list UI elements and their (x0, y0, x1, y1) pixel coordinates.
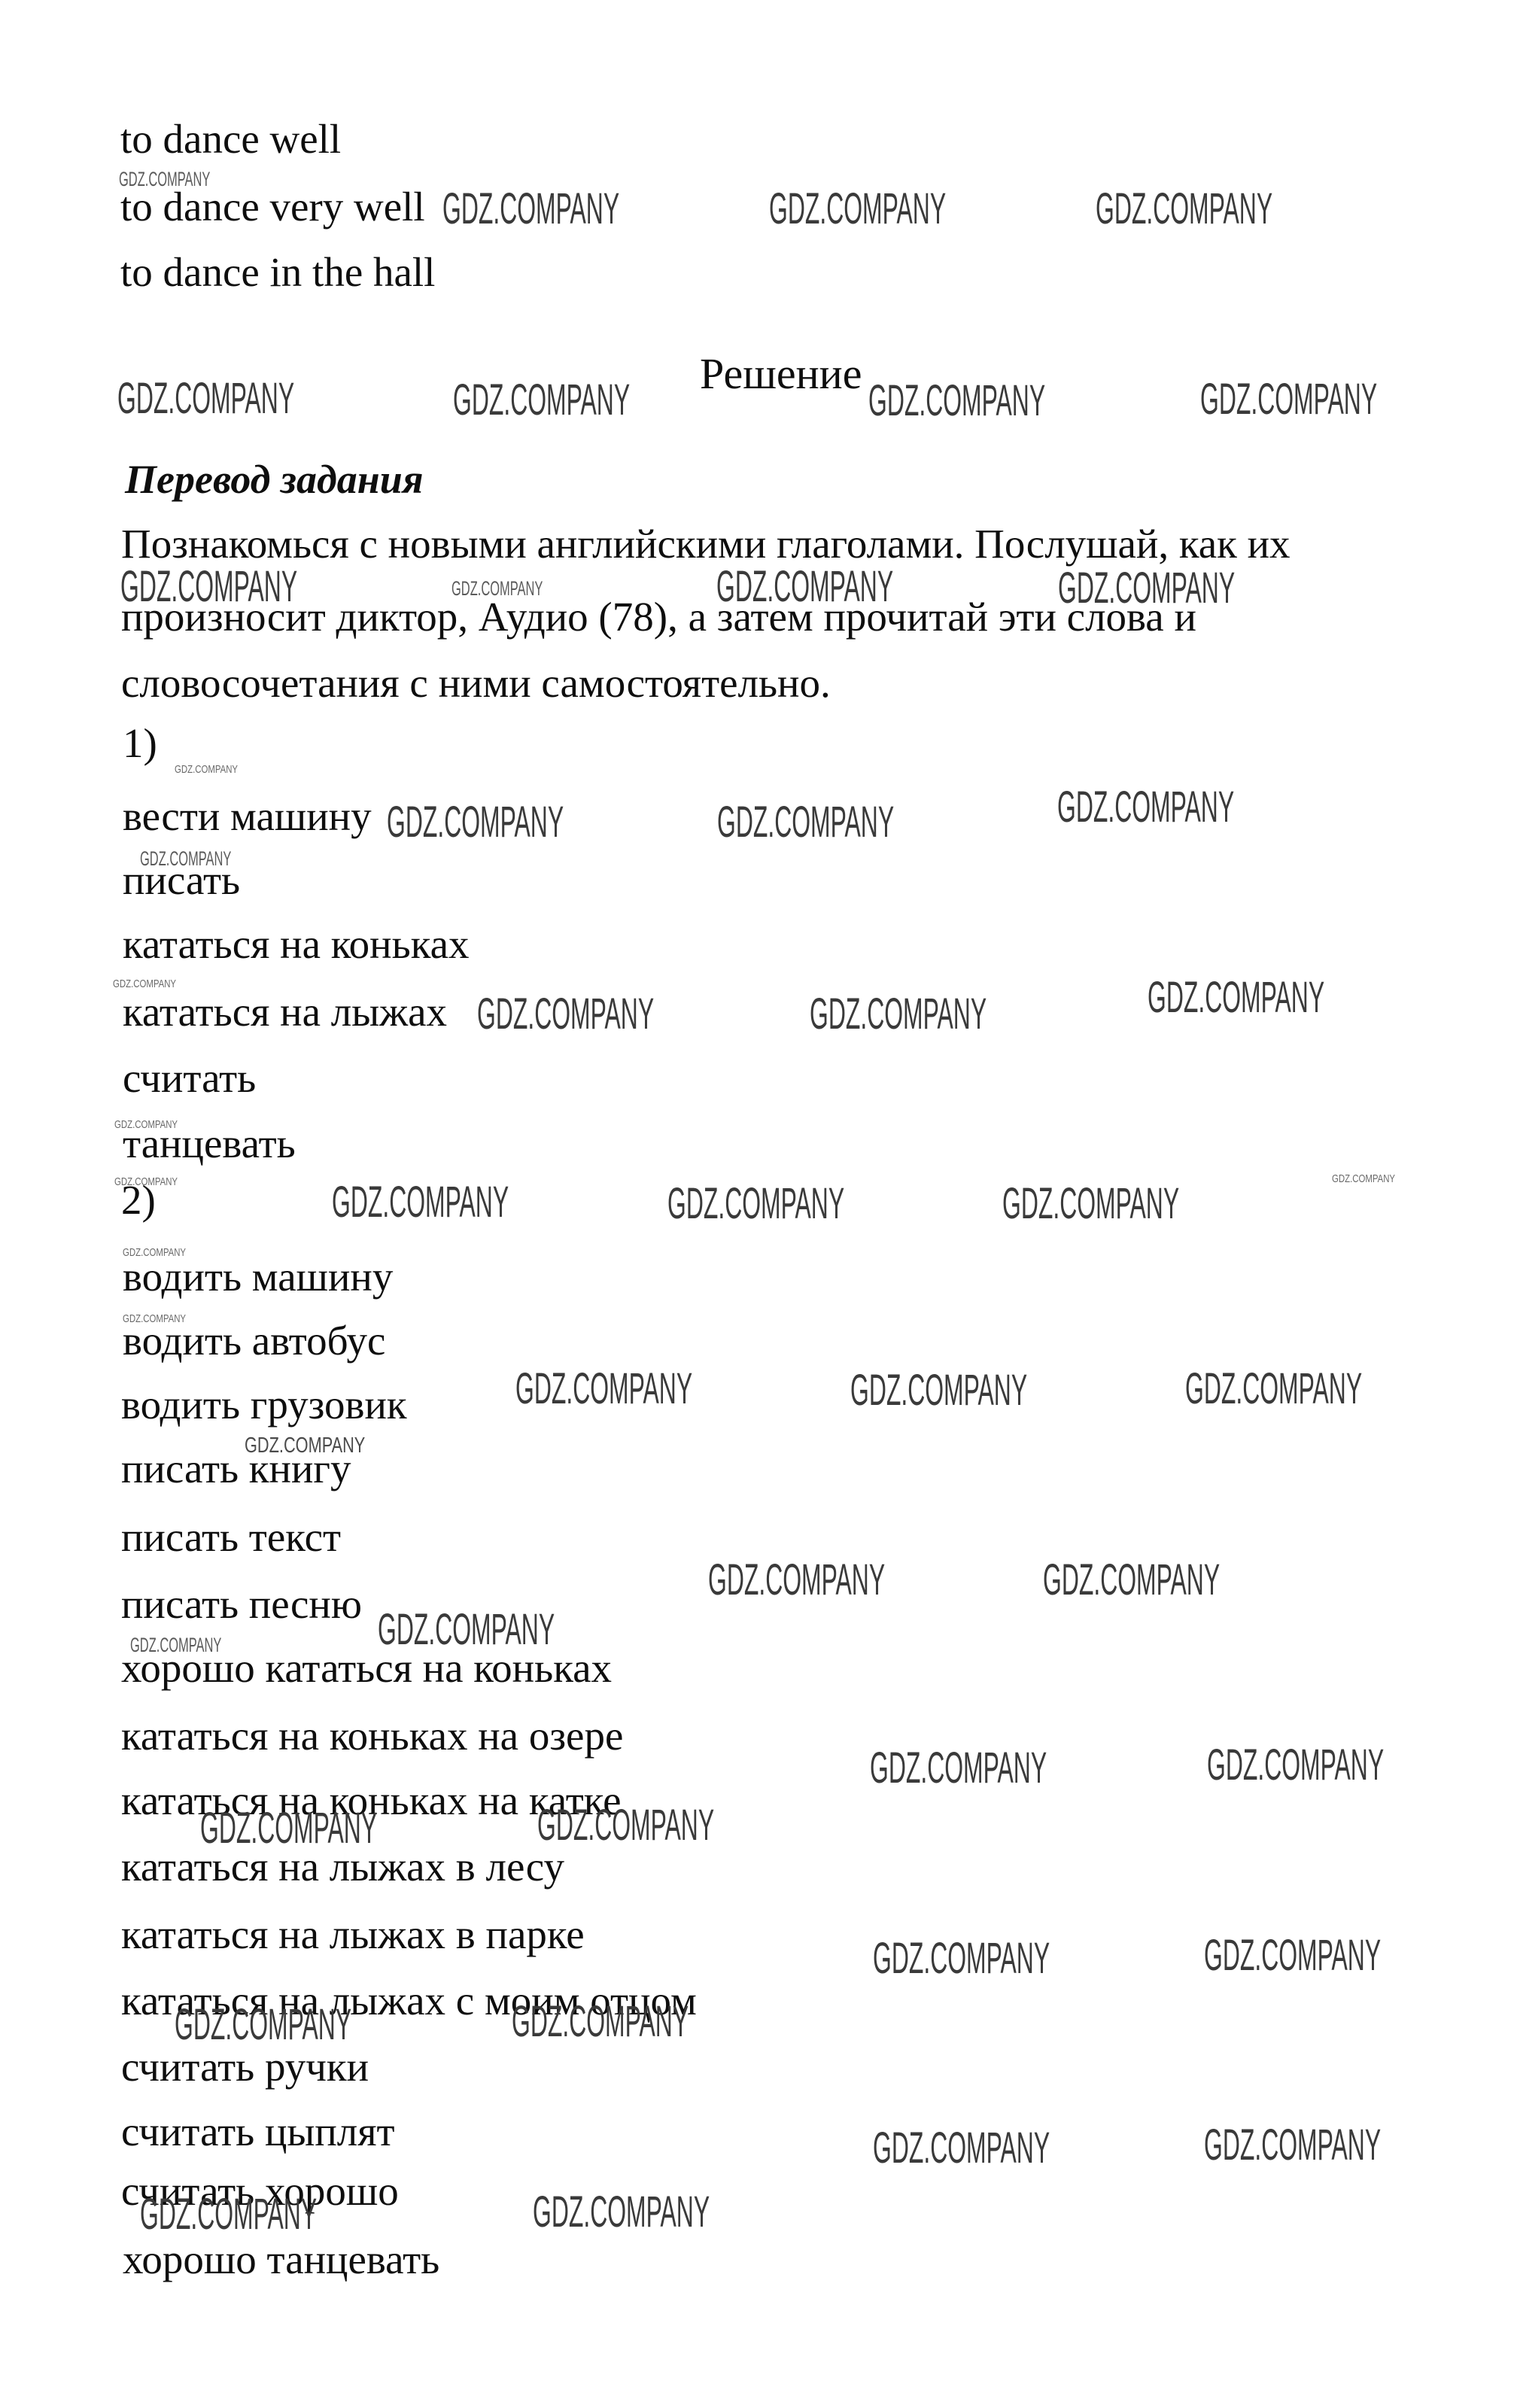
watermark-text: GDZ.COMPANY (332, 1181, 509, 1224)
watermark-text: GDZ.COMPANY (515, 1367, 692, 1411)
watermark-text: GDZ.COMPANY (130, 1635, 221, 1655)
watermark-text: GDZ.COMPANY (245, 1435, 365, 1457)
list2-item: водить автобус (123, 1320, 385, 1361)
list1-item: кататься на лыжах (123, 991, 447, 1032)
watermark-text: GDZ.COMPANY (1207, 1744, 1384, 1787)
watermark-text: GDZ.COMPANY (119, 169, 210, 190)
watermark-text: GDZ.COMPANY (123, 1313, 186, 1324)
watermark-text: GDZ.COMPANY (117, 377, 294, 421)
english-phrase: to dance in the hall (120, 251, 435, 293)
watermark-text: GDZ.COMPANY (769, 187, 946, 231)
watermark-text: GDZ.COMPANY (870, 1747, 1047, 1790)
watermark-text: GDZ.COMPANY (1200, 378, 1377, 421)
english-phrase: to dance well (120, 118, 341, 160)
watermark-text: GDZ.COMPANY (123, 1247, 186, 1258)
list2-item: считать цыплят (121, 2111, 395, 2152)
watermark-text: GDZ.COMPANY (1096, 187, 1272, 231)
watermark-text: GDZ.COMPANY (1148, 976, 1324, 1020)
watermark-text: GDZ.COMPANY (451, 579, 543, 599)
watermark-text: GDZ.COMPANY (1058, 567, 1235, 610)
watermark-text: GDZ.COMPANY (533, 2191, 710, 2234)
watermark-text: GDZ.COMPANY (200, 1807, 377, 1850)
task-paragraph-line: Познакомься с новыми английскими глагола… (121, 523, 1291, 564)
list1-item: кататься на коньках (123, 923, 470, 965)
english-phrase: to dance very well (120, 186, 425, 227)
watermark-text: GDZ.COMPANY (537, 1804, 714, 1847)
watermark-text: GDZ.COMPANY (175, 764, 238, 775)
watermark-text: GDZ.COMPANY (175, 2003, 351, 2047)
watermark-text: GDZ.COMPANY (114, 1176, 178, 1187)
list2-item: водить машину (123, 1256, 393, 1297)
watermark-text: GDZ.COMPANY (810, 993, 987, 1036)
list2-item: писать песню (121, 1583, 362, 1625)
watermark-text: GDZ.COMPANY (114, 1119, 178, 1130)
watermark-text: GDZ.COMPANY (1185, 1367, 1362, 1411)
watermark-text: GDZ.COMPANY (873, 1937, 1050, 1981)
list2-item: писать текст (121, 1516, 341, 1558)
watermark-text: GDZ.COMPANY (1057, 786, 1234, 829)
list2-item: считать ручки (121, 2046, 369, 2087)
watermark-text: GDZ.COMPANY (140, 849, 231, 869)
list1-item: вести машину (123, 795, 372, 837)
list1-item: считать (123, 1057, 256, 1099)
solution-label: Решение (700, 352, 862, 396)
list2-item: хорошо танцевать (123, 2239, 439, 2280)
watermark-text: GDZ.COMPANY (850, 1369, 1027, 1412)
watermark-text: GDZ.COMPANY (1204, 2124, 1381, 2167)
translation-heading: Перевод задания (125, 459, 424, 500)
task-paragraph-line: словосочетания с ними самостоятельно. (121, 662, 831, 704)
watermark-text: GDZ.COMPANY (1002, 1182, 1179, 1226)
watermark-text: GDZ.COMPANY (1332, 1173, 1395, 1184)
watermark-text: GDZ.COMPANY (1204, 1934, 1381, 1978)
watermark-text: GDZ.COMPANY (113, 978, 176, 990)
watermark-text: GDZ.COMPANY (140, 2193, 317, 2236)
watermark-text: GDZ.COMPANY (387, 801, 564, 844)
watermark-text: GDZ.COMPANY (453, 379, 630, 422)
list2-item: водить грузовик (121, 1384, 407, 1425)
watermark-text: GDZ.COMPANY (873, 2127, 1050, 2170)
watermark-text: GDZ.COMPANY (512, 2000, 689, 2044)
list2-item: кататься на лыжах в парке (121, 1914, 585, 1955)
watermark-text: GDZ.COMPANY (708, 1558, 885, 1602)
watermark-text: GDZ.COMPANY (868, 379, 1045, 423)
list1-label: 1) (123, 722, 157, 764)
watermark-text: GDZ.COMPANY (716, 565, 893, 609)
watermark-text: GDZ.COMPANY (378, 1608, 555, 1652)
list2-item: кататься на коньках на озере (121, 1715, 623, 1756)
document-page: to dance well to dance very well to danc… (0, 0, 1514, 2408)
watermark-text: GDZ.COMPANY (1043, 1558, 1220, 1602)
watermark-text: GDZ.COMPANY (667, 1182, 844, 1226)
watermark-text: GDZ.COMPANY (477, 993, 654, 1036)
watermark-text: GDZ.COMPANY (120, 565, 297, 609)
watermark-text: GDZ.COMPANY (717, 801, 894, 844)
watermark-text: GDZ.COMPANY (442, 187, 619, 231)
